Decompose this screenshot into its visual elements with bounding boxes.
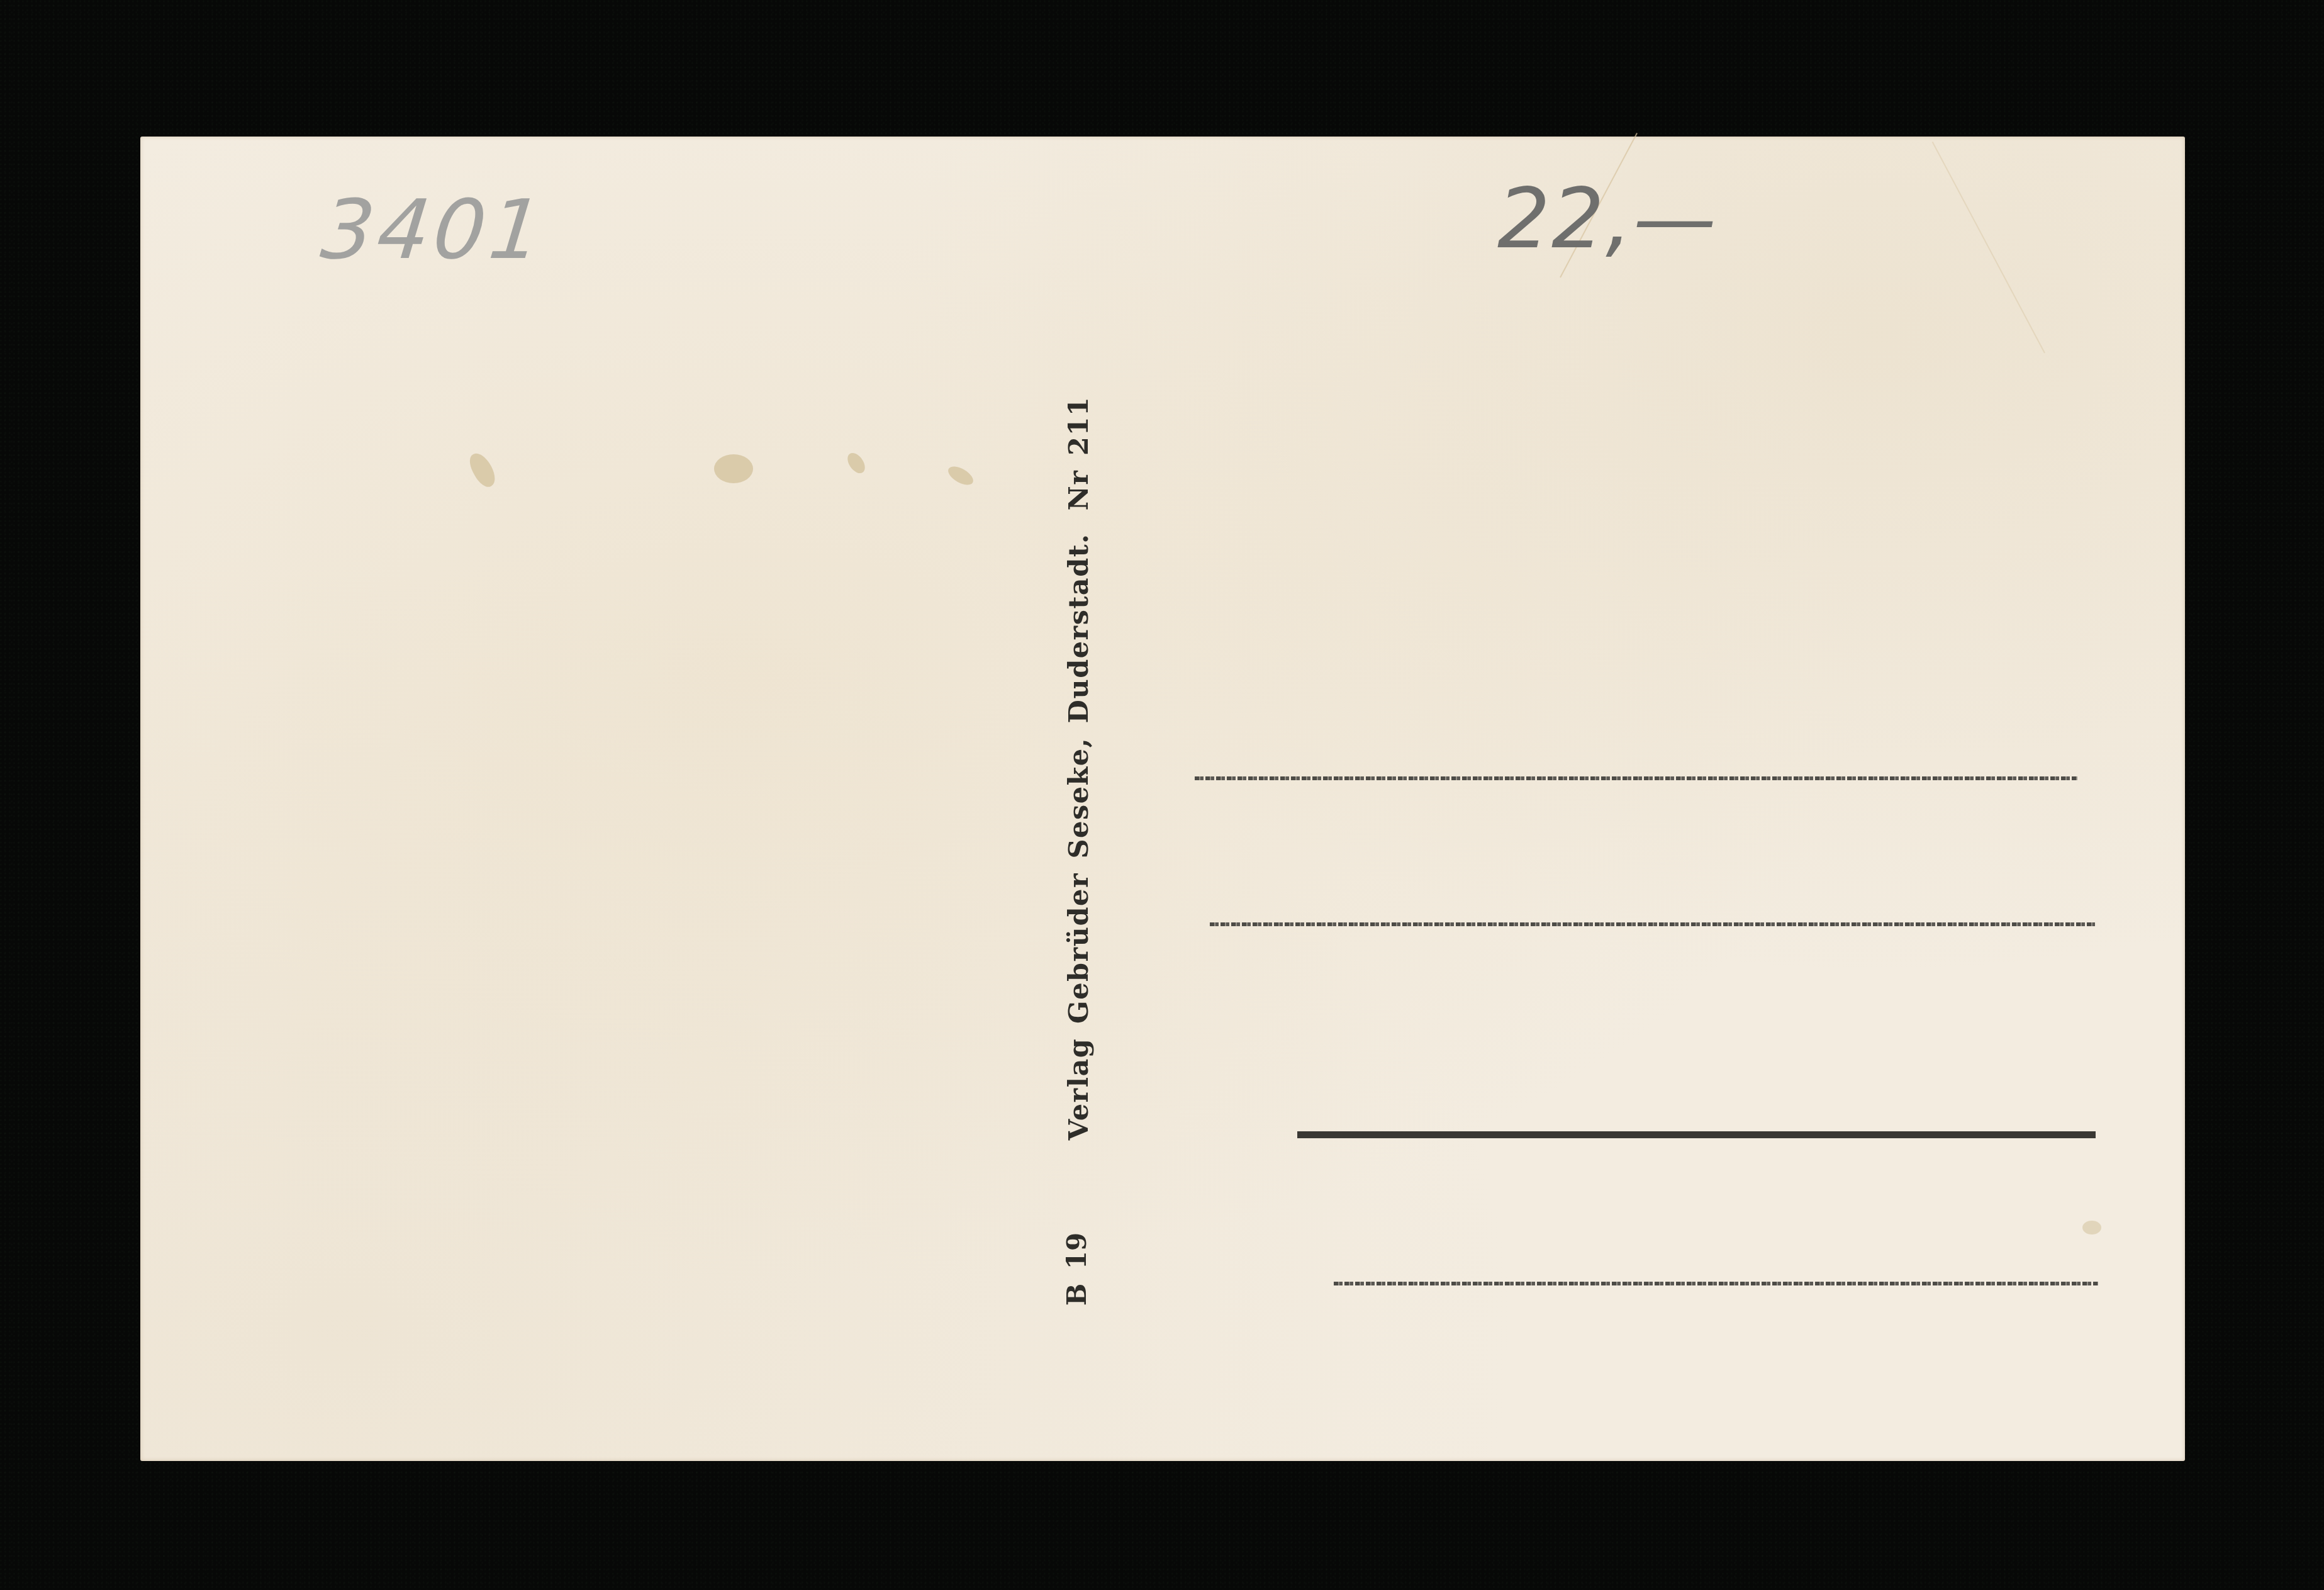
paper-stain [714,454,753,483]
publisher-imprint-text: Verlag Gebrüder Seseke, Duderstadt.Nr 21… [1063,396,1095,1141]
postcard-back [140,137,2185,1461]
address-line-3 [1297,1131,2096,1138]
address-line-4 [1334,1282,2098,1285]
address-line-2 [1210,922,2095,926]
series-code-text: B 19 [1061,1233,1092,1306]
paper-stain [2082,1221,2101,1234]
address-line-1 [1195,776,2077,780]
publisher-name: Verlag Gebrüder Seseke, Duderstadt. [1063,533,1095,1140]
publisher-number: Nr 211 [1063,396,1095,511]
handwritten-price: 22,— [1497,177,1718,260]
handwritten-inventory-number: 3401 [318,189,550,271]
